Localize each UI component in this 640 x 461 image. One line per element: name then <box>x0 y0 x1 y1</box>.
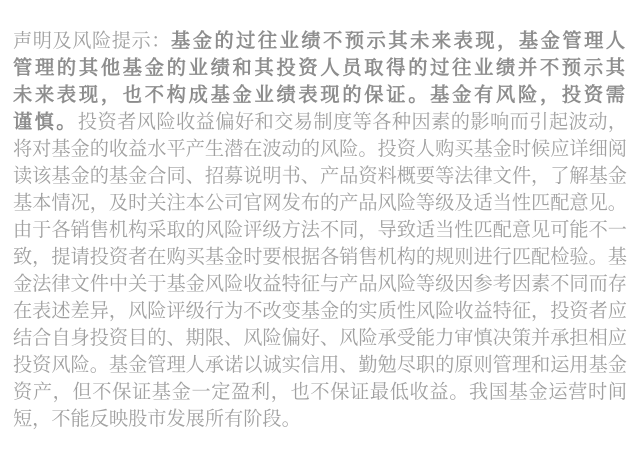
disclaimer-title-label: 声明及风险提示： <box>13 31 171 52</box>
disclaimer-body-text: 投资者风险收益偏好和交易制度等各种因素的影响而引起波动，将对基金的收益水平产生潜… <box>13 112 627 430</box>
risk-disclaimer-page: 声明及风险提示：基金的过往业绩不预示其未来表现，基金管理人管理的其他基金的业绩和… <box>0 0 640 461</box>
risk-disclaimer-paragraph: 声明及风险提示：基金的过往业绩不预示其未来表现，基金管理人管理的其他基金的业绩和… <box>13 28 627 433</box>
